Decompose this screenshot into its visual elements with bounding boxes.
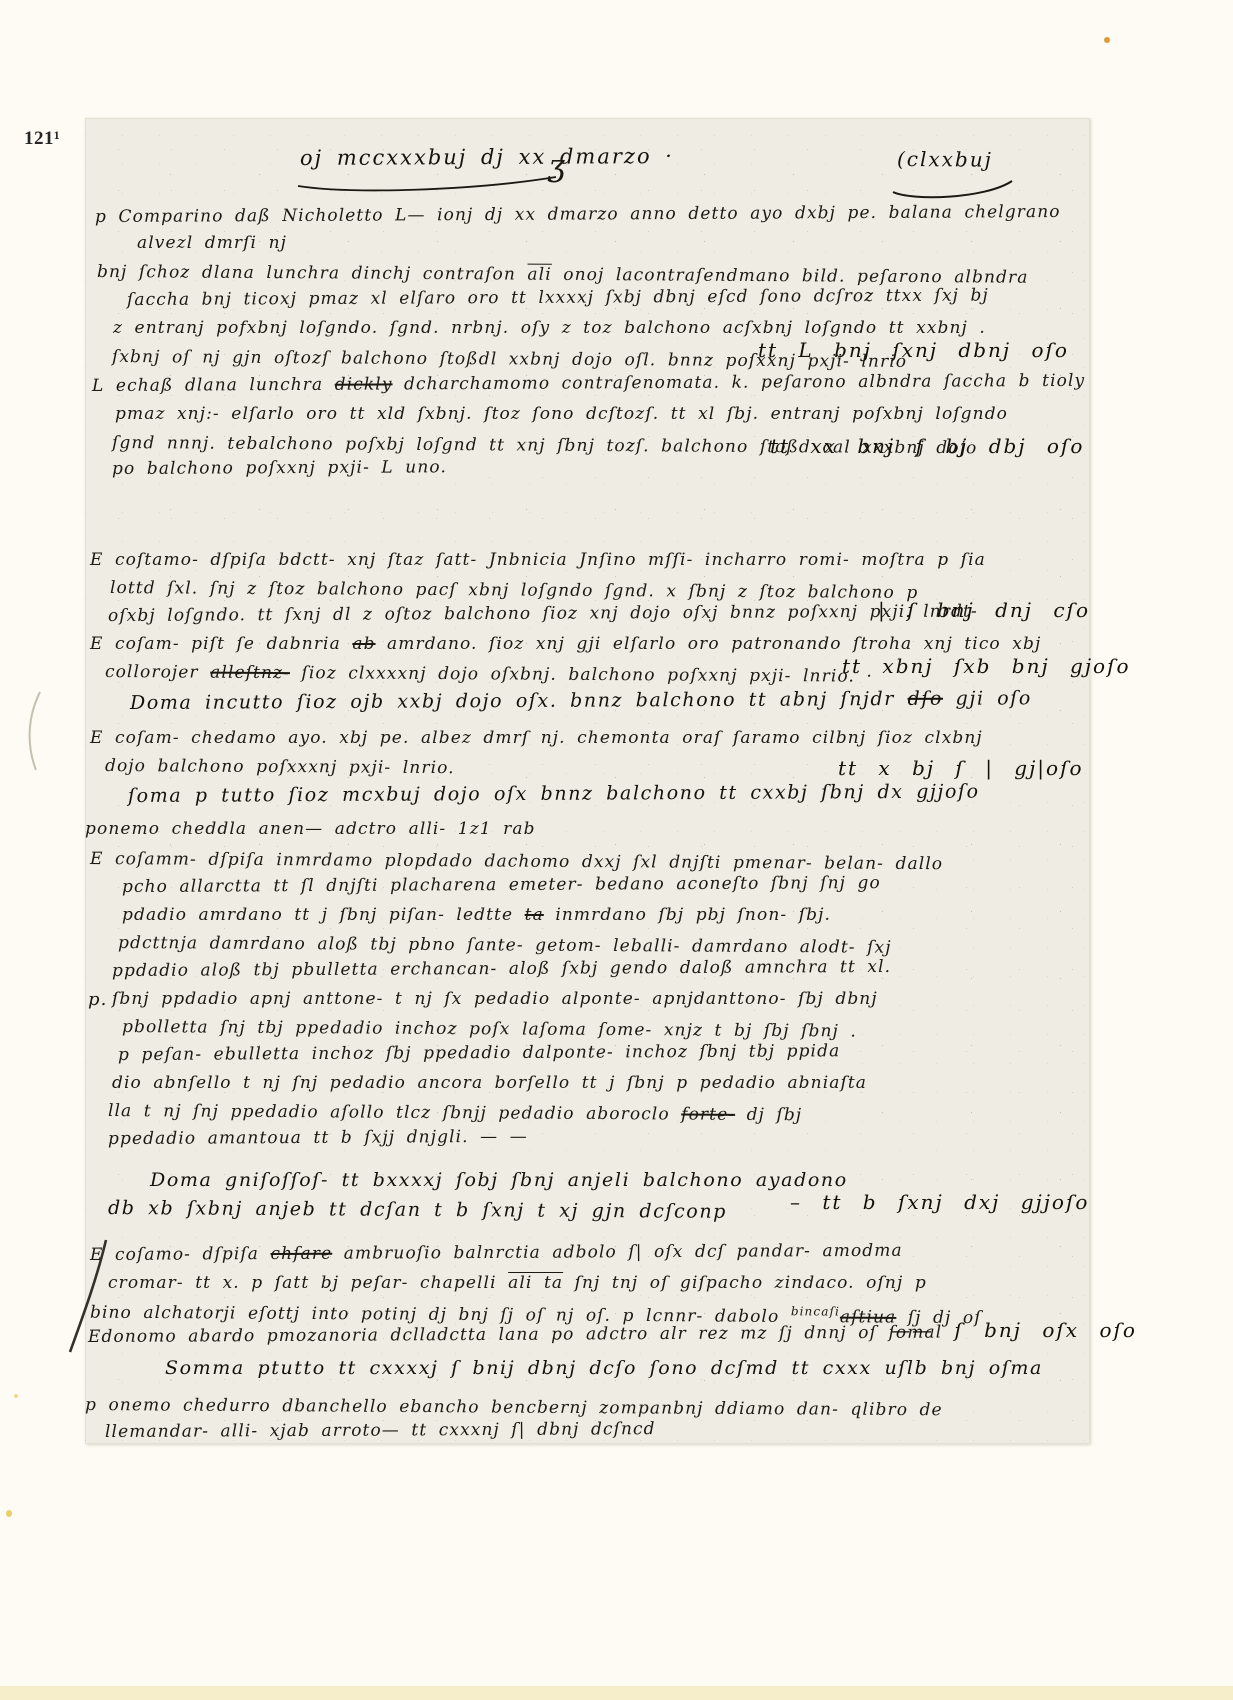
facsimile-page: { "colors":{"background":"#fdfbf3","pape… [0, 0, 1233, 1700]
margin-sum: tt L bnj ſxnj dbnj oſo [758, 340, 1069, 360]
folio-mark: (clxxbuj [897, 148, 993, 172]
manuscript-line-entry-2: bnj ſchoz dlana lunchra dinchj contraſon… [97, 263, 1029, 288]
heading-flourish: ʒ [548, 150, 566, 185]
manuscript-line-entry-7: E coſamo- dſpiſa chſare ambruoſio balnrc… [90, 1242, 903, 1266]
manuscript-line-entry-2: z entranj pofxbnj loſgndo. ſgnd. nrbnj. … [113, 319, 986, 339]
page-number: 121¹ [24, 128, 60, 150]
paper-speck-orange [1104, 37, 1110, 43]
manuscript-line-entry-3: lottd ſxl. ſnj z ſtoz balchono pacſ xbnj… [110, 579, 918, 603]
manuscript-line-entry-6: dio abnſello t nj ſnj pedadio ancora bor… [112, 1074, 867, 1094]
manuscript-line-entry-4: E coſam- piſt ſe dabnria ab amrdano. ſio… [90, 635, 1041, 655]
manuscript-line-entry-5: ſoma p tutto ſioz mcxbuj dojo oſx bnnz b… [128, 782, 980, 808]
manuscript-line-entry-1: alvezl dmrſi nj [137, 234, 287, 254]
margin-sum: tt xbnj ſxb bnj gjoſo [842, 656, 1131, 676]
paper-speck-yellow-small [14, 1394, 18, 1398]
manuscript-line-entry-8: p onemo chedurro dbanchello ebancho benc… [85, 1396, 943, 1421]
manuscript-line-margin-letter: p. [88, 990, 107, 1011]
manuscript-photo: oj mccxxxbuj dj xx dmarzo · ʒ (clxxbuj p… [85, 118, 1090, 1444]
manuscript-line-entry-4: Doma incutto ſioz ojb xxbj dojo oſx. bnn… [130, 688, 1032, 715]
manuscript-line-entry-6: lla t nj ſnj ppedadio aſollo tlcz ſbnjj … [108, 1102, 802, 1126]
manuscript-line-entry-2: ſaccha bnj ticoxj pmaz xl elſaro oro tt … [127, 286, 989, 310]
manuscript-line-entry-5: E coſam- chedamo ayo. xbj pe. albez dmrſ… [90, 729, 983, 749]
margin-sum: – tt b ſxnj dxj gjjoſo [790, 1192, 1089, 1212]
manuscript-line-entry-6: pdadio amrdano tt j ſbnj piſan- ledtte t… [122, 906, 831, 926]
margin-sum: —— ſ bnj oſx oſo [890, 1320, 1137, 1340]
manuscript-line-entry-6: E coſamm- dſpiſa inmrdamo plopdado dacho… [90, 850, 943, 875]
manuscript-line-entry-6: pcho allarctta tt ſl dnjſti placharena e… [122, 874, 881, 898]
manuscript-line-entry-7: cromar- tt x. p ſatt bj peſar- chapelli … [108, 1274, 927, 1294]
manuscript-line-entry-6: ppdadio aloß tbj pbulletta erchancan- al… [112, 958, 891, 982]
margin-sum: | ſ bnj dnj cſo [878, 600, 1090, 620]
manuscript-line-entry-6: ſbnj ppdadio apnj anttone- t nj ſx pedad… [112, 990, 878, 1010]
manuscript-line-entry-1: p Comparino daß Nicholetto L— ionj dj xx… [95, 203, 1061, 228]
manuscript-line-subtotal-6: Doma gniſoſſoſ- tt bxxxxj ſobj ſbnj anje… [150, 1170, 848, 1192]
manuscript-line-entry-6: pbolletta ſnj tbj ppedadio inchoz poſx l… [122, 1018, 857, 1042]
manuscript-line-note: ponemo cheddla anen— adctro alli- 1z1 ra… [85, 820, 536, 840]
manuscript-line-entry-6: pdcttnja damrdano aloß tbj pbno ſante- g… [118, 934, 892, 958]
manuscript-line-entry-3: oſxbj loſgndo. tt ſxnj dl z oſtoz balcho… [108, 602, 978, 626]
manuscript-line-subtotal-6: db xb ſxbnj anjeb tt dcſan t b ſxnj t xj… [108, 1198, 727, 1224]
manuscript-line-entry-4: collorojer alleſtnz- ſioz clxxxxnj dojo … [105, 663, 873, 687]
manuscript-line-entry-2: po balchono poſxxnj pxji- L uno. [112, 458, 447, 479]
paper-speck-yellow [6, 1510, 12, 1517]
manuscript-line-entry-6: p peſan- ebulletta inchoz ſbj ppedadio d… [118, 1042, 840, 1065]
manuscript-line-entry-7: Edonomo abardo pmozanoria dclladctta lan… [88, 1324, 942, 1348]
manuscript-heading: oj mccxxxbuj dj xx dmarzo · [300, 144, 674, 170]
manuscript-line-entry-6: ppedadio amantoua tt b ſxjj dnjgli. — — [108, 1128, 528, 1150]
margin-sum: tt x bj ſ | gj|oſo [838, 758, 1084, 778]
pencil-paren-mark [30, 692, 40, 770]
manuscript-line-entry-2: L echaß dlana lunchra dickly dcharchamom… [92, 372, 1085, 397]
bottom-edge-band [0, 1686, 1233, 1700]
manuscript-line-entry-3: E coſtamo- dſpiſa bdctt- xnj ſtaz ſatt- … [90, 551, 986, 571]
margin-sum: tt xx bnj ſ bj dbj oſo [770, 436, 1084, 456]
manuscript-line-entry-5: dojo balchono poſxxxnj pxji- lnrio. [105, 757, 455, 779]
manuscript-line-entry-8: llemandar- alli- xjab arroto— tt cxxxnj … [105, 1420, 656, 1442]
manuscript-line-entry-7: Somma ptutto tt cxxxxj ſ bnij dbnj dcſo … [165, 1358, 1043, 1380]
manuscript-line-entry-2: pmaz xnj:- elſarlo oro tt xld ſxbnj. ſto… [115, 405, 1008, 425]
